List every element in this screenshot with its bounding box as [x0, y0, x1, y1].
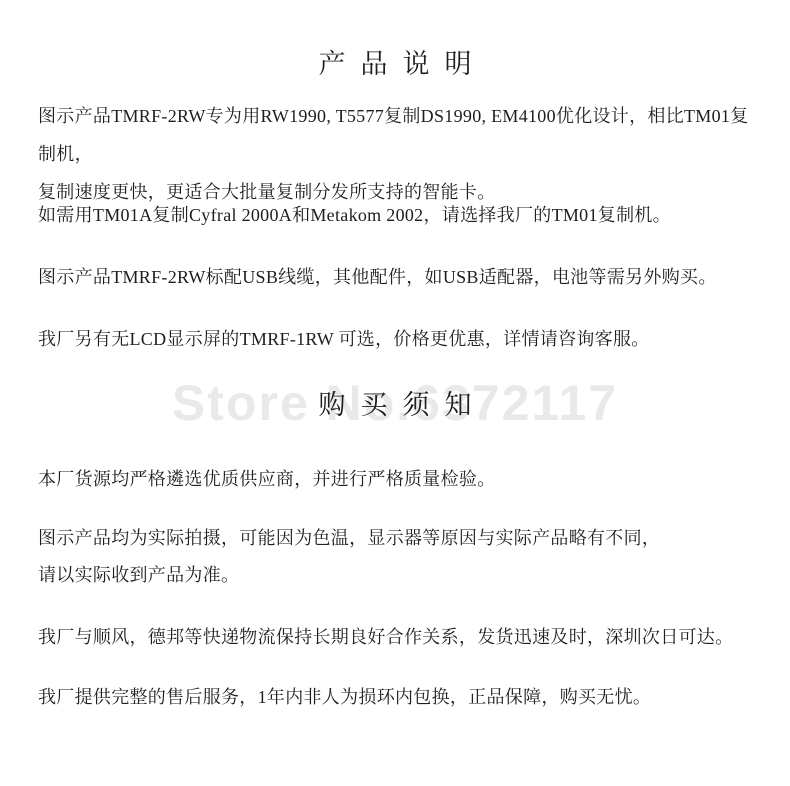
- paragraph-line: 请以实际收到产品为准。: [38, 557, 756, 594]
- paragraph-line: 本厂货源均严格遴选优质供应商，并进行严格质量检验。: [38, 460, 756, 498]
- paragraph-line: 我厂提供完整的售后服务，1年内非人为损环内包换，正品保障，购买无忧。: [38, 678, 756, 716]
- paragraph-line: 图示产品TMRF-2RW专为用RW1990, T5577复制DS1990, EM…: [38, 97, 756, 173]
- paragraph-quality-inspection: 本厂货源均严格遴选优质供应商，并进行严格质量检验。: [38, 460, 756, 498]
- paragraph-line: 如需用TM01A复制Cyfral 2000A和Metakom 2002，请选择我…: [38, 196, 756, 234]
- paragraph-shipping-note: 我厂与顺风，德邦等快递物流保持长期良好合作关系，发货迅速及时，深圳次日可达。: [38, 618, 756, 656]
- paragraph-line: 图示产品TMRF-2RW标配USB线缆，其他配件，如USB适配器，电池等需另外购…: [38, 258, 756, 296]
- paragraph-line: 我厂与顺风，德邦等快递物流保持长期良好合作关系，发货迅速及时，深圳次日可达。: [38, 618, 756, 656]
- paragraph-accessories-note: 图示产品TMRF-2RW标配USB线缆，其他配件，如USB适配器，电池等需另外购…: [38, 258, 756, 296]
- paragraph-line: 我厂另有无LCD显示屏的TMRF-1RW 可选，价格更优惠，详情请咨询客服。: [38, 320, 756, 358]
- section-heading-purchase-notes: 购买须知: [0, 383, 790, 427]
- paragraph-tm01a-note: 如需用TM01A复制Cyfral 2000A和Metakom 2002，请选择我…: [38, 196, 756, 234]
- product-description-page: 产品说明 图示产品TMRF-2RW专为用RW1990, T5577复制DS199…: [0, 0, 790, 786]
- paragraph-line: 图示产品均为实际拍摄，可能因为色温，显示器等原因与实际产品略有不同，: [38, 520, 756, 557]
- section-heading-product-description: 产品说明: [0, 42, 790, 86]
- paragraph-photo-disclaimer: 图示产品均为实际拍摄，可能因为色温，显示器等原因与实际产品略有不同， 请以实际收…: [38, 520, 756, 594]
- paragraph-after-sales-note: 我厂提供完整的售后服务，1年内非人为损环内包换，正品保障，购买无忧。: [38, 678, 756, 716]
- paragraph-product-overview: 图示产品TMRF-2RW专为用RW1990, T5577复制DS1990, EM…: [38, 97, 756, 211]
- paragraph-tmrf1rw-option: 我厂另有无LCD显示屏的TMRF-1RW 可选，价格更优惠，详情请咨询客服。: [38, 320, 756, 358]
